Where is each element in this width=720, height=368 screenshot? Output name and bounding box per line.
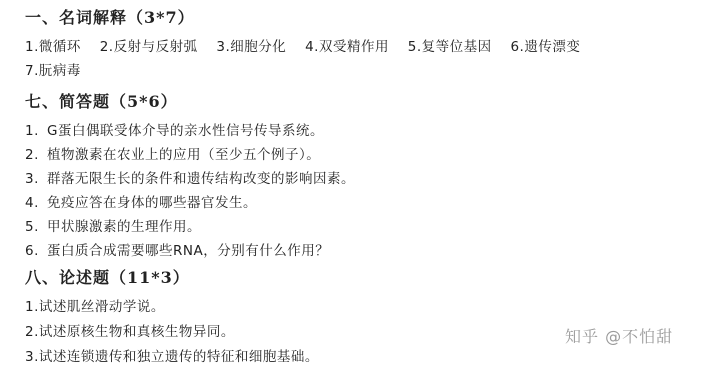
term-item: 4.双受精作用 bbox=[305, 39, 389, 55]
list-item: 2.植物激素在农业上的应用（至少五个例子）。 bbox=[25, 143, 320, 163]
list-item: 3.群落无限生长的条件和遗传结构改变的影响因素。 bbox=[25, 167, 355, 187]
section-heading-terms: 一、名词解释（3*7） bbox=[25, 5, 195, 28]
term-item: 2.反射与反射弧 bbox=[100, 39, 198, 55]
section-heading-essay: 八、论述题（11*3） bbox=[25, 265, 190, 288]
terms-line-2: 7.朊病毒 bbox=[25, 59, 95, 79]
list-item: 3.试述连锁遗传和独立遗传的特征和细胞基础。 bbox=[25, 345, 319, 365]
term-item: 7.朊病毒 bbox=[25, 63, 81, 79]
list-item: 2.试述原核生物和真核生物异同。 bbox=[25, 320, 235, 340]
list-item: 6.蛋白质合成需要哪些RNA，分别有什么作用？ bbox=[25, 239, 329, 259]
terms-line-1: 1.微循环 2.反射与反射弧 3.细胞分化 4.双受精作用 5.复等位基因 6.… bbox=[25, 35, 594, 55]
term-item: 6.遗传漂变 bbox=[510, 39, 580, 55]
list-item: 4.免疫应答在身体的哪些器官发生。 bbox=[25, 191, 257, 211]
list-item: 1.试述肌丝滑动学说。 bbox=[25, 295, 165, 315]
section-heading-short-answer: 七、简答题（5*6） bbox=[25, 89, 178, 112]
term-item: 3.细胞分化 bbox=[216, 39, 286, 55]
watermark: 知乎 @不怕甜 bbox=[565, 324, 673, 347]
list-item: 1.G蛋白偶联受体介导的亲水性信号传导系统。 bbox=[25, 119, 324, 139]
term-item: 5.复等位基因 bbox=[408, 39, 492, 55]
term-item: 1.微循环 bbox=[25, 39, 81, 55]
list-item: 5.甲状腺激素的生理作用。 bbox=[25, 215, 201, 235]
